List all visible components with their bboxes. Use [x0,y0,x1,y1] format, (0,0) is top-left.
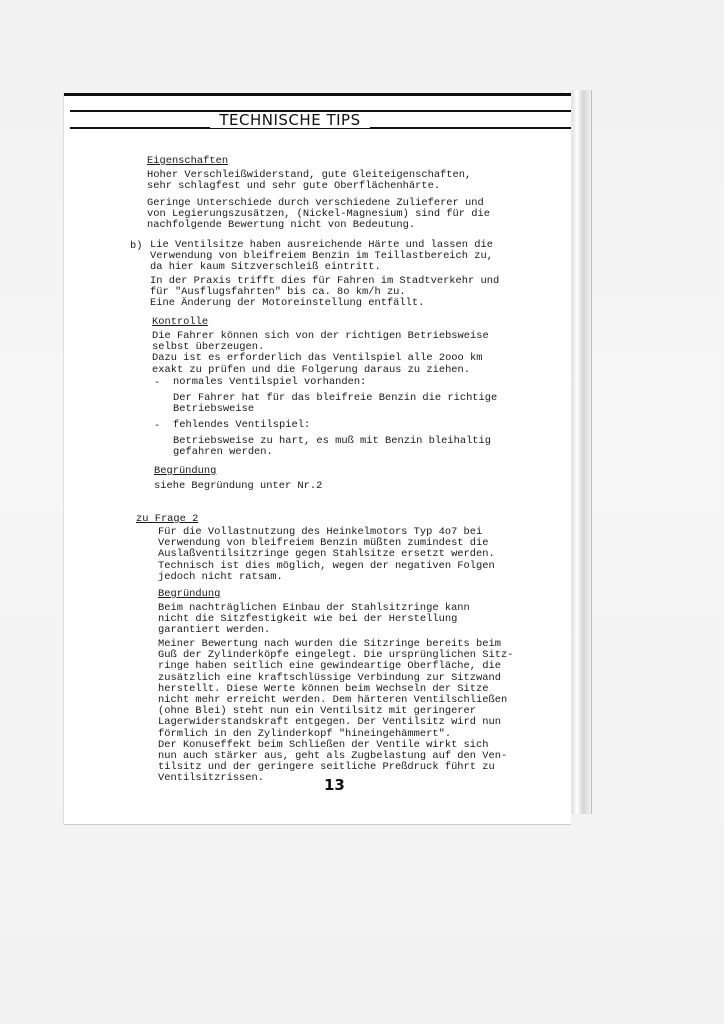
page-content: Eigenschaften Hoher Verschleißwiderstand… [64,96,571,824]
page-number: 13 [324,776,345,794]
paragraph: Meiner Bewertung nach wurden die Sitzrin… [158,639,513,785]
heading-begruendung: Begründung [158,589,220,600]
paragraph: siehe Begründung unter Nr.2 [154,481,322,492]
document-page: TECHNISCHE TIPS Eigenschaften Hoher Vers… [64,93,571,824]
paragraph: Geringe Unterschiede durch verschiedene … [147,198,490,232]
bullet-dash: - [154,421,160,432]
paragraph: In der Praxis trifft dies für Fahren im … [150,276,499,310]
bullet-label: normales Ventilspiel vorhanden: [173,377,366,388]
paragraph: Die Fahrer können sich von der richtigen… [152,331,489,376]
heading-frage-2: zu Frage 2 [136,514,198,525]
paragraph: Für die Vollastnutzung des Heinkelmotors… [158,527,495,583]
paragraph: Hoher Verschleißwiderstand, gute Gleitei… [147,170,471,192]
paragraph: Lie Ventilsitze haben ausreichende Härte… [150,240,493,274]
bullet-dash: - [154,378,160,389]
bullet-label: fehlendes Ventilspiel: [173,420,310,431]
paragraph: Beim nachträglichen Einbau der Stahlsitz… [158,603,470,637]
bullet-text: Der Fahrer hat für das bleifreie Benzin … [173,393,497,415]
heading-kontrolle: Kontrolle [152,317,208,328]
heading-eigenschaften: Eigenschaften [147,156,228,167]
heading-begruendung: Begründung [154,466,216,477]
list-marker-b: b) [130,241,142,252]
bullet-text: Betriebsweise zu hart, es muß mit Benzin… [173,436,491,458]
